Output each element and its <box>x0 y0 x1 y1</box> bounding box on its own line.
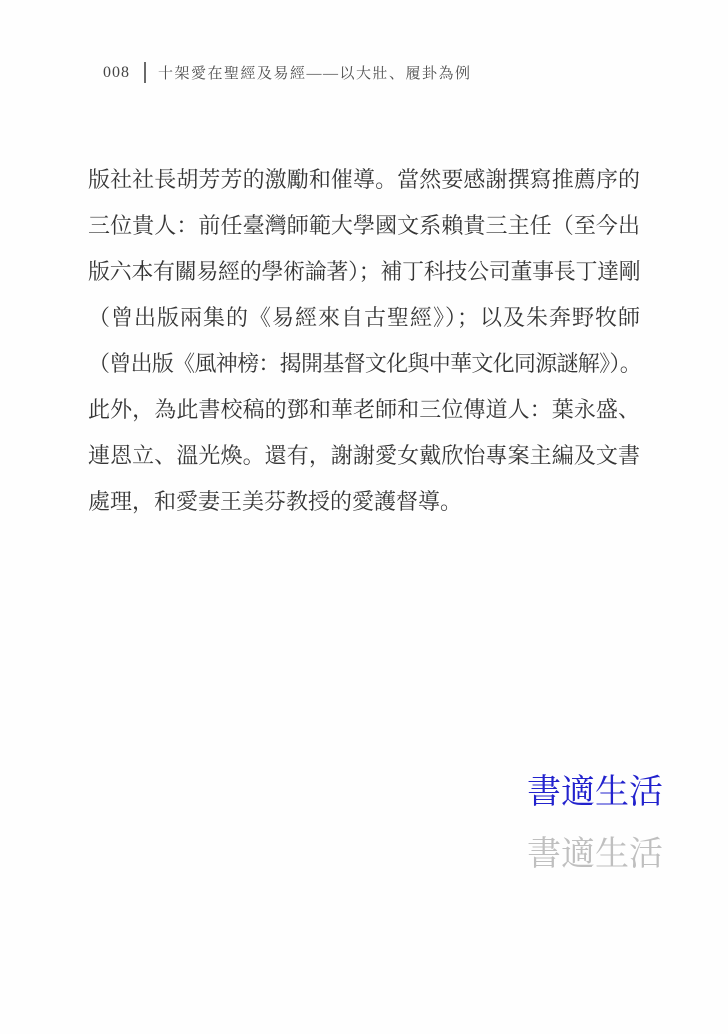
text-line: 連恩立、溫光煥。還有，謝謝愛女戴欣怡專案主編及文書 <box>88 433 640 479</box>
text-line: （曾出版《風神榜：揭開基督文化與中華文化同源謎解》）。 <box>88 341 640 387</box>
watermark-primary: 書適生活 <box>527 776 663 810</box>
text-line: 版社社長胡芳芳的激勵和催導。當然要感謝撰寫推薦序的 <box>88 157 640 203</box>
text-line: （曾出版兩集的《易經來自古聖經》）；以及朱奔野牧師 <box>88 295 640 341</box>
chapter-title: 十架愛在聖經及易經——以大壯、履卦為例 <box>158 62 472 83</box>
page-number: 008 <box>103 64 130 82</box>
text-line: 三位貴人：前任臺灣師範大學國文系賴貴三主任（至今出 <box>88 203 640 249</box>
header-divider <box>144 62 146 83</box>
book-page: 008 十架愛在聖經及易經——以大壯、履卦為例 版社社長胡芳芳的激勵和催導。當然… <box>0 0 728 1034</box>
body-paragraph: 版社社長胡芳芳的激勵和催導。當然要感謝撰寫推薦序的 三位貴人：前任臺灣師範大學國… <box>88 157 640 525</box>
text-line: 此外，為此書校稿的鄧和華老師和三位傳道人：葉永盛、 <box>88 387 640 433</box>
watermark-secondary: 書適生活 <box>527 838 663 872</box>
running-header: 008 十架愛在聖經及易經——以大壯、履卦為例 <box>103 62 472 83</box>
text-line: 處理，和愛妻王美芬教授的愛護督導。 <box>88 479 640 525</box>
text-line: 版六本有關易經的學術論著）；補丁科技公司董事長丁達剛 <box>88 249 640 295</box>
